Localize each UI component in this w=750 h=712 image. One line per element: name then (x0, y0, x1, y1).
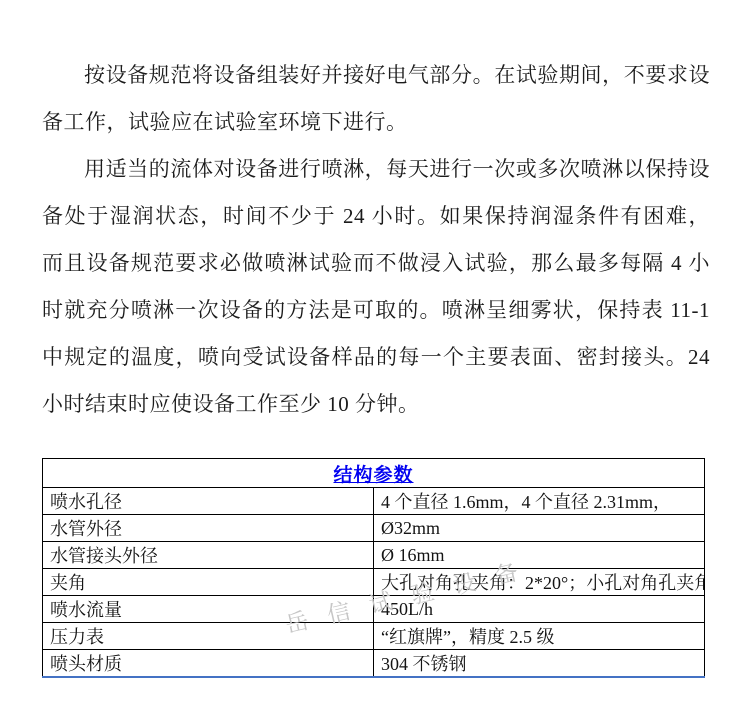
document-page: 岳信试验设备 按设备规范将设备组装好并接好电气部分。在试验期间，不要求设 备工作… (0, 0, 750, 712)
text-line: 用适当的流体对设备进行喷淋，每天进行一次或多次喷淋以保持设 (42, 146, 710, 193)
param-label-cell: 水管外径 (43, 515, 374, 542)
param-value-cell: 4 个直径 1.6mm，4 个直径 2.31mm， (374, 488, 705, 515)
paragraph-2: 用适当的流体对设备进行喷淋，每天进行一次或多次喷淋以保持设 备处于湿润状态，时间… (42, 146, 710, 428)
text-line: 小时结束时应使设备工作至少 10 分钟。 (42, 381, 710, 428)
param-value-cell: 450L/h (374, 596, 705, 623)
text-line: 备处于湿润状态，时间不少于 24 小时。如果保持润湿条件有困难， (42, 193, 710, 240)
table-row: 喷头材质 304 不锈钢 (43, 650, 705, 678)
param-value-cell: “红旗牌”，精度 2.5 级 (374, 623, 705, 650)
table-title-cell: 结构参数 (43, 459, 705, 488)
table-row: 喷水孔径 4 个直径 1.6mm，4 个直径 2.31mm， (43, 488, 705, 515)
table-row: 夹角 大孔对角孔夹角：2*20°；小孔对角孔夹角：2*30° (43, 569, 705, 596)
param-label-cell: 喷水流量 (43, 596, 374, 623)
param-label-cell: 喷水孔径 (43, 488, 374, 515)
table-row: 水管接头外径 Ø 16mm (43, 542, 705, 569)
param-value-cell: Ø32mm (374, 515, 705, 542)
document-content: 按设备规范将设备组装好并接好电气部分。在试验期间，不要求设 备工作，试验应在试验… (0, 0, 750, 678)
param-value-cell: 304 不锈钢 (374, 650, 705, 678)
text-line: 中规定的温度，喷向受试设备样品的每一个主要表面、密封接头。24 (42, 334, 710, 381)
parameters-table: 结构参数 喷水孔径 4 个直径 1.6mm，4 个直径 2.31mm， 水管外径… (42, 458, 705, 678)
table-title-row: 结构参数 (43, 459, 705, 488)
table-title: 结构参数 (333, 465, 413, 486)
text-line: 而且设备规范要求必做喷淋试验而不做浸入试验，那么最多每隔 4 小 (42, 240, 710, 287)
table-row: 水管外径 Ø32mm (43, 515, 705, 542)
param-label-cell: 夹角 (43, 569, 374, 596)
table-row: 压力表 “红旗牌”，精度 2.5 级 (43, 623, 705, 650)
paragraph-1: 按设备规范将设备组装好并接好电气部分。在试验期间，不要求设 备工作，试验应在试验… (42, 52, 710, 146)
param-label-cell: 压力表 (43, 623, 374, 650)
text-line: 备工作，试验应在试验室环境下进行。 (42, 99, 710, 146)
param-value-cell: 大孔对角孔夹角：2*20°；小孔对角孔夹角：2*30° (374, 569, 705, 596)
param-label-cell: 喷头材质 (43, 650, 374, 678)
text-line: 时就充分喷淋一次设备的方法是可取的。喷淋呈细雾状，保持表 11-1 (42, 287, 710, 334)
param-label-cell: 水管接头外径 (43, 542, 374, 569)
table-row: 喷水流量 450L/h (43, 596, 705, 623)
param-value-cell: Ø 16mm (374, 542, 705, 569)
text-line: 按设备规范将设备组装好并接好电气部分。在试验期间，不要求设 (42, 52, 710, 99)
